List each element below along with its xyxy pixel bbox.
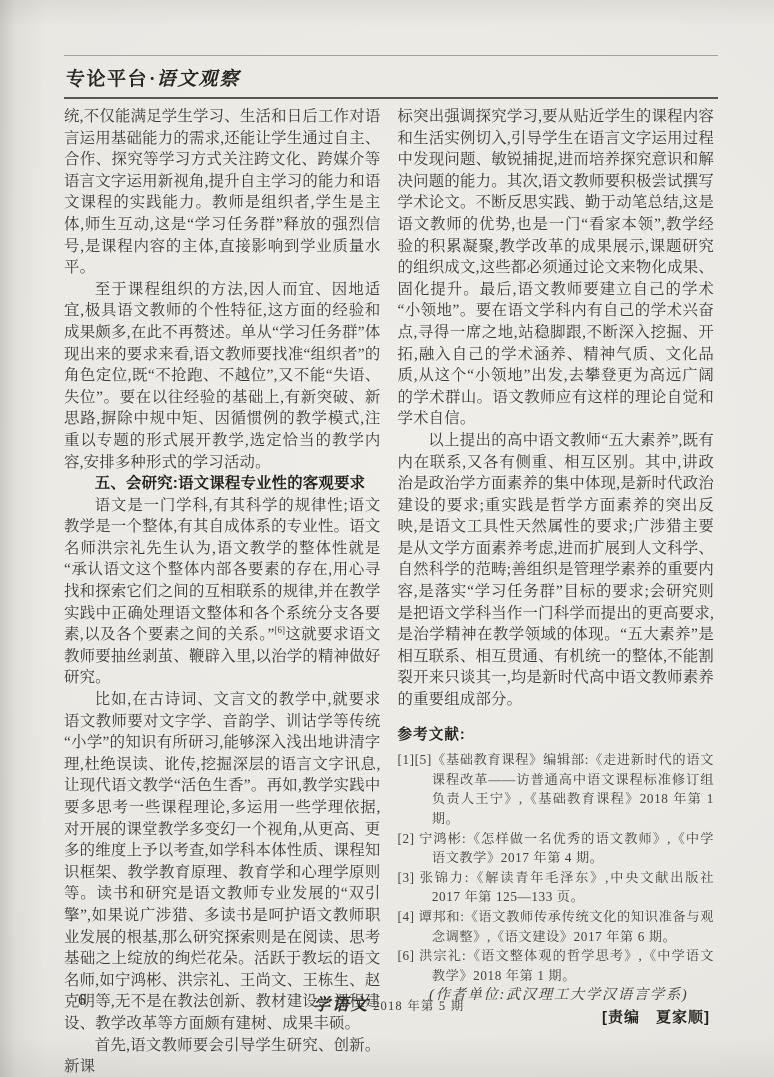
journal-issue: 2018 年第 5 期 bbox=[369, 999, 464, 1013]
reference-entry: [3] 张锦力:《解读青年毛泽东》,中央文献出版社 2017 年第 125—13… bbox=[398, 868, 715, 907]
journal-column-name: 语文观察 bbox=[156, 69, 240, 90]
body-paragraph-continuation: 标突出强调探究学习,要从贴近学生的课程内容和生活实例切入,引导学生在语言文字运用… bbox=[398, 106, 715, 430]
section-heading: 五、会研究:语文课程专业性的客观要求 bbox=[64, 473, 381, 495]
reference-entry: [1][5]《基础教育课程》编辑部:《走进新时代的语文课程改革——访普通高中语文… bbox=[398, 750, 715, 828]
references-section: 参考文献: [1][5]《基础教育课程》编辑部:《走进新时代的语文课程改革——访… bbox=[398, 726, 715, 986]
body-paragraph: 比如,在古诗词、文言文的教学中,就要求语文教师要对文字学、音韵学、训诂学等传统“… bbox=[64, 689, 381, 1035]
page-number: 6 bbox=[78, 992, 86, 1010]
journal-footer-line: 学语文2018 年第 5 期 bbox=[64, 991, 714, 1015]
reference-entry: [6] 洪宗礼:《语文整体观的哲学思考》,《中学语文教学》2018 年第 1 期… bbox=[398, 946, 715, 985]
right-column: 标突出强调探究学习,要从贴近学生的课程内容和生活实例切入,引导学生在语言文字运用… bbox=[398, 106, 715, 1077]
section-banner: 专论平台·语文观察 bbox=[66, 69, 240, 90]
reference-entry: [4] 谭邦和:《语文教师传承传统文化的知识准备与观念调整》,《语文建设》201… bbox=[398, 907, 715, 946]
left-column: 统,不仅能满足学生学习、生活和日后工作对语言运用基础能力的需求,还能让学生通过自… bbox=[64, 106, 381, 1077]
footnote-marker: [6] bbox=[275, 625, 286, 635]
references-heading: 参考文献: bbox=[398, 726, 715, 746]
page-header: 专论平台·语文观察 bbox=[64, 55, 718, 99]
page-footer: 6 学语文2018 年第 5 期 bbox=[64, 991, 714, 1015]
two-column-body: 统,不仅能满足学生学习、生活和日后工作对语言运用基础能力的需求,还能让学生通过自… bbox=[64, 106, 714, 1077]
body-paragraph-continuation: 统,不仅能满足学生学习、生活和日后工作对语言运用基础能力的需求,还能让学生通过自… bbox=[64, 106, 381, 279]
section-banner-label: 专论平台 bbox=[66, 69, 148, 90]
paragraph-text: 语文是一门学科,有其科学的规律性;语文教学是一个整体,有其自成体系的专业性。语文… bbox=[64, 497, 381, 644]
reference-entry: [2] 宁鸿彬:《怎样做一名优秀的语文教师》,《中学语文教学》2017 年第 4… bbox=[398, 829, 715, 868]
body-paragraph-with-footnote: 语文是一门学科,有其科学的规律性;语文教学是一个整体,有其自成体系的专业性。语文… bbox=[64, 495, 381, 689]
body-paragraph: 首先,语文教师要会引导学生研究、创新。新课 bbox=[64, 1035, 381, 1077]
journal-page-scan: 专论平台·语文观察 统,不仅能满足学生学习、生活和日后工作对语言运用基础能力的需… bbox=[0, 0, 774, 1077]
body-paragraph: 以上提出的高中语文教师“五大素养”,既有内在联系,又各有侧重、相互区别。其中,讲… bbox=[398, 430, 715, 711]
body-paragraph: 至于课程组织的方法,因人而宜、因地适宜,极具语文教师的个性特征,这方面的经验和成… bbox=[64, 279, 381, 473]
journal-logo: 学语文 bbox=[314, 995, 370, 1014]
